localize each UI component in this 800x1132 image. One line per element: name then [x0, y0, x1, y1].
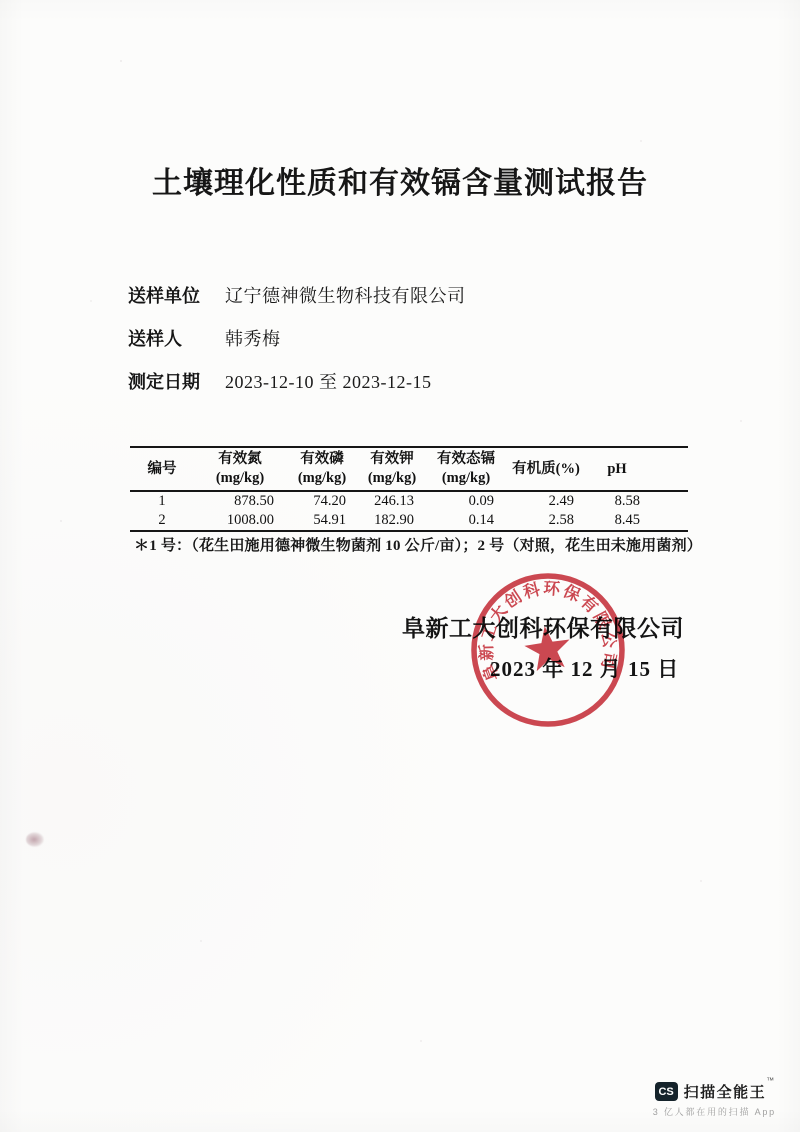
cell-nitrogen: 1008.00: [194, 511, 286, 531]
scanned-report-page: 土壤理化性质和有效镉含量测试报告 送样单位 辽宁德神微生物科技有限公司 送样人 …: [0, 0, 800, 1132]
header-potassium: 有效钾(mg/kg): [358, 447, 426, 491]
cell-cadmium: 0.14: [426, 511, 506, 531]
page-title: 土壤理化性质和有效镉含量测试报告: [0, 158, 800, 202]
cell-ph: 8.45: [586, 511, 688, 531]
sample-info-block: 送样单位 辽宁德神微生物科技有限公司 送样人 韩秀梅 测定日期 2023-12-…: [128, 282, 466, 411]
field-sender-person: 送样人 韩秀梅: [128, 325, 466, 368]
header-cadmium: 有效态镉(mg/kg): [426, 447, 506, 491]
table-header: 编号 有效氮(mg/kg) 有效磷(mg/kg) 有效钾(mg/kg) 有效态镉…: [130, 447, 688, 491]
cell-id: 1: [130, 491, 194, 511]
header-ph: pH: [586, 447, 688, 491]
field-label: 送样单位: [128, 282, 225, 308]
cell-nitrogen: 878.50: [194, 491, 286, 511]
field-sender-unit: 送样单位 辽宁德神微生物科技有限公司: [128, 282, 466, 325]
camscanner-logo-icon: CS: [655, 1082, 678, 1101]
table-row: 2 1008.00 54.91 182.90 0.14 2.58 8.45: [130, 511, 688, 531]
camscanner-watermark: CS 扫描全能王™ 3 亿人都在用的扫描 App: [653, 1081, 776, 1118]
field-test-date: 测定日期 2023-12-10 至 2023-12-15: [128, 368, 466, 411]
table-row: 1 878.50 74.20 246.13 0.09 2.49 8.58: [130, 491, 688, 511]
signature-company: 阜新工大创科环保有限公司: [402, 610, 684, 643]
field-value: 2023-12-10 至 2023-12-15: [225, 368, 431, 394]
company-seal: 阜新工大创科环保有限公司: [463, 565, 633, 735]
results-table: 编号 有效氮(mg/kg) 有效磷(mg/kg) 有效钾(mg/kg) 有效态镉…: [130, 446, 688, 532]
cell-cadmium: 0.09: [426, 491, 506, 511]
camscanner-name: 扫描全能王: [684, 1084, 767, 1101]
field-label: 测定日期: [128, 368, 225, 394]
cell-ph: 8.58: [586, 491, 688, 511]
cell-phosphorus: 54.91: [286, 511, 358, 531]
scan-noise: [0, 0, 2, 2]
header-nitrogen: 有效氮(mg/kg): [194, 447, 286, 491]
signature-date: 2023 年 12 月 15 日: [490, 653, 679, 683]
field-value: 韩秀梅: [225, 325, 281, 351]
header-phosphorus: 有效磷(mg/kg): [286, 447, 358, 491]
header-organic-matter: 有机质(%): [506, 447, 586, 491]
cell-id: 2: [130, 511, 194, 531]
field-label: 送样人: [128, 325, 225, 351]
cell-phosphorus: 74.20: [286, 491, 358, 511]
header-id: 编号: [130, 447, 194, 491]
cell-organic-matter: 2.49: [506, 491, 586, 511]
table-footnote: ＊1 号：（花生田施用德神微生物菌剂 10 公斤/亩）；2 号（对照，花生田未施…: [134, 534, 734, 555]
cell-potassium: 246.13: [358, 491, 426, 511]
trademark-symbol: ™: [766, 1076, 774, 1085]
field-value: 辽宁德神微生物科技有限公司: [225, 282, 466, 308]
paper-stain: [26, 832, 44, 847]
camscanner-tagline: 3 亿人都在用的扫描 App: [653, 1105, 776, 1118]
cell-potassium: 182.90: [358, 511, 426, 531]
cell-organic-matter: 2.58: [506, 511, 586, 531]
